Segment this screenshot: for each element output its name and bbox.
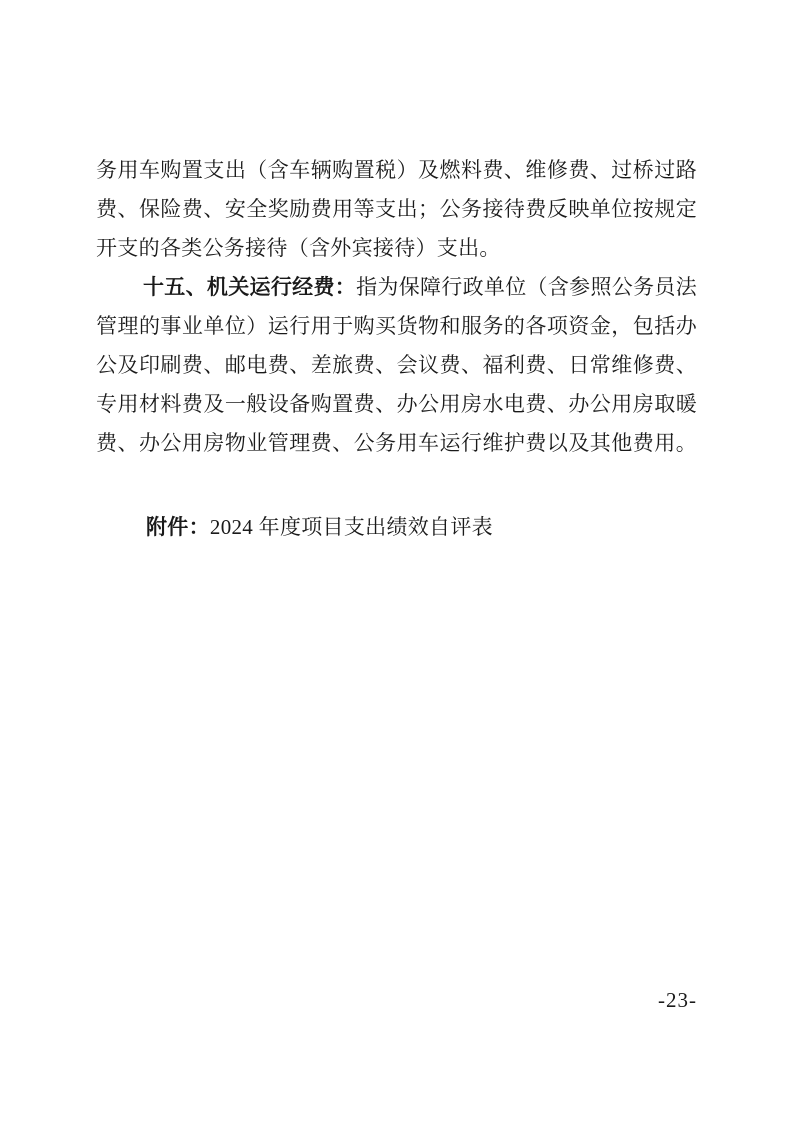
document-page: 务用车购置支出（含车辆购置税）及燃料费、维修费、过桥过路 费、保险费、安全奖励费…	[0, 0, 793, 1122]
body-line: 开支的各类公务接待（含外宾接待）支出。	[96, 229, 697, 268]
page-content: 务用车购置支出（含车辆购置税）及燃料费、维修费、过桥过路 费、保险费、安全奖励费…	[96, 0, 697, 547]
attachment-title: 2024 年度项目支出绩效自评表	[210, 515, 493, 539]
page-number: -23-	[658, 990, 697, 1011]
section-heading-line: 十五、机关运行经费：指为保障行政单位（含参照公务员法	[96, 268, 697, 307]
body-line: 公及印刷费、邮电费、差旅费、会议费、福利费、日常维修费、	[96, 346, 697, 385]
attachment-label: 附件：	[146, 515, 210, 539]
body-line: 专用材料费及一般设备购置费、办公用房水电费、办公用房取暖	[96, 385, 697, 424]
body-text-run: 指为保障行政单位（含参照公务员法	[356, 275, 697, 299]
body-line: 费、办公用房物业管理费、公务用车运行维护费以及其他费用。	[96, 424, 697, 463]
body-line: 务用车购置支出（含车辆购置税）及燃料费、维修费、过桥过路	[96, 151, 697, 190]
body-line: 费、保险费、安全奖励费用等支出；公务接待费反映单位按规定	[96, 190, 697, 229]
body-line: 管理的事业单位）运行用于购买货物和服务的各项资金，包括办	[96, 307, 697, 346]
section-heading: 十五、机关运行经费：	[143, 275, 356, 299]
attachment-line: 附件：2024 年度项目支出绩效自评表	[96, 508, 697, 547]
